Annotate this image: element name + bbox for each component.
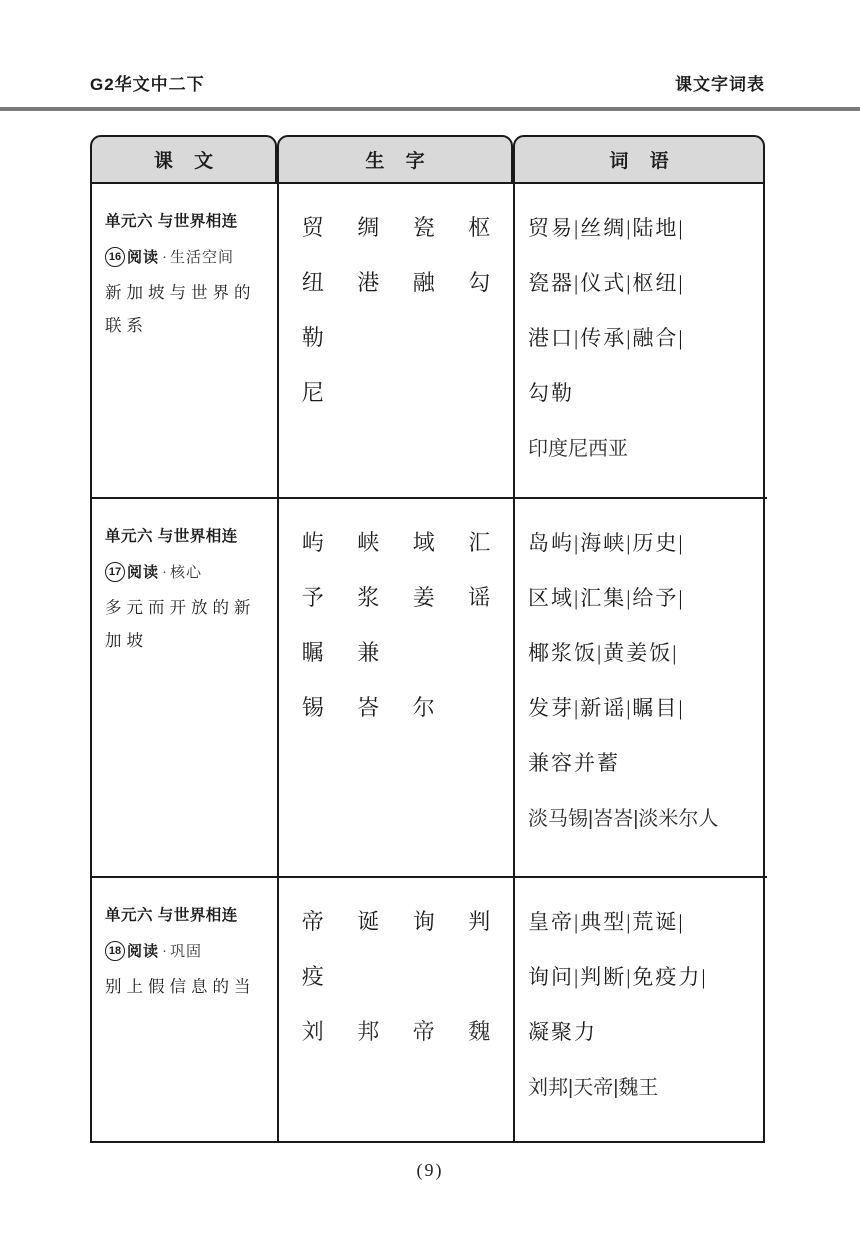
column-header-lesson: 课 文	[90, 135, 277, 184]
reading-topic: 巩固	[170, 940, 202, 961]
words-cell: 皇帝|典型|荒诞|询问|判断|免疫力|凝聚力刘邦|天帝|魏王	[515, 878, 767, 1141]
character-line: 纽港融勾	[285, 254, 507, 309]
new-character: 诞	[357, 905, 379, 936]
dot-separator: ·	[162, 563, 167, 580]
page-header-right: 课文字词表	[675, 70, 765, 95]
word-line: 瓷器|仪式|枢纽|	[528, 254, 763, 309]
word-line: 淡马锡|峇峇|淡米尔人	[528, 789, 763, 844]
word-line: 凝聚力	[528, 1003, 763, 1058]
table-header-row: 课 文 生 字 词 语	[90, 135, 765, 184]
reading-line: 18 阅读 · 巩固	[105, 940, 267, 961]
word-line: 印度尼西亚	[528, 419, 763, 474]
new-character: 帝	[302, 905, 324, 936]
page-header-left: G2华文中二下	[90, 70, 205, 95]
circled-number-icon: 17	[105, 562, 125, 582]
word-line: 岛屿|海峡|历史|	[528, 514, 763, 569]
new-character: 询	[413, 905, 435, 936]
column-header-characters: 生 字	[277, 135, 513, 184]
new-character: 峇	[357, 691, 379, 722]
words-cell: 贸易|丝绸|陆地|瓷器|仪式|枢纽|港口|传承|融合|勾勒印度尼西亚	[515, 184, 767, 499]
new-character: 判	[468, 905, 490, 936]
page-number: (9)	[0, 1160, 860, 1181]
new-character: 锡	[302, 691, 324, 722]
new-character: 尼	[302, 376, 324, 407]
vocabulary-table: 课 文 生 字 词 语 单元六 与世界相连 16 阅读 · 生活空间 新加坡与世…	[90, 135, 765, 1143]
column-header-words: 词 语	[513, 135, 765, 184]
character-line: 疫	[285, 948, 507, 1003]
reading-topic: 核心	[170, 561, 202, 582]
lesson-cell: 单元六 与世界相连 18 阅读 · 巩固 别上假信息的当	[92, 878, 279, 1141]
reading-line: 17 阅读 · 核心	[105, 561, 267, 582]
lesson-cell: 单元六 与世界相连 16 阅读 · 生活空间 新加坡与世界的联系	[92, 184, 279, 499]
new-character: 屿	[302, 526, 324, 557]
new-character: 尔	[413, 691, 435, 722]
word-line: 区域|汇集|给予|	[528, 569, 763, 624]
unit-title: 单元六 与世界相连	[105, 209, 267, 231]
unit-title: 单元六 与世界相连	[105, 903, 267, 925]
character-line: 瞩兼	[285, 624, 507, 679]
new-character: 兼	[357, 636, 379, 667]
lesson-cell: 单元六 与世界相连 17 阅读 · 核心 多元而开放的新加坡	[92, 499, 279, 878]
characters-cell: 屿峡域汇予浆姜谣瞩兼锡峇尔	[279, 499, 515, 878]
word-line: 发芽|新谣|瞩目|	[528, 679, 763, 734]
characters-cell: 贸绸瓷枢纽港融勾勒尼	[279, 184, 515, 499]
new-character: 勾	[468, 266, 490, 297]
new-character: 邦	[357, 1015, 379, 1046]
lesson-title: 多元而开放的新加坡	[105, 591, 267, 657]
new-character: 汇	[468, 526, 490, 557]
unit-title: 单元六 与世界相连	[105, 524, 267, 546]
circled-number-icon: 16	[105, 247, 125, 267]
new-character: 纽	[302, 266, 324, 297]
characters-cell: 帝诞询判疫刘邦帝魏	[279, 878, 515, 1141]
dot-separator: ·	[162, 248, 167, 265]
word-line: 勾勒	[528, 364, 763, 419]
new-character: 疫	[302, 960, 324, 991]
new-character: 谣	[468, 581, 490, 612]
character-line: 贸绸瓷枢	[285, 199, 507, 254]
reading-label: 阅读	[127, 940, 159, 961]
character-line: 尼	[285, 364, 507, 419]
character-line: 予浆姜谣	[285, 569, 507, 624]
character-line: 锡峇尔	[285, 679, 507, 734]
new-character: 绸	[357, 211, 379, 242]
word-line: 刘邦|天帝|魏王	[528, 1058, 763, 1113]
new-character: 峡	[357, 526, 379, 557]
lesson-title: 别上假信息的当	[105, 970, 267, 1003]
lesson-title: 新加坡与世界的联系	[105, 276, 267, 342]
reading-label: 阅读	[127, 561, 159, 582]
word-line: 椰浆饭|黄姜饭|	[528, 624, 763, 679]
reading-label: 阅读	[127, 246, 159, 267]
character-line: 刘邦帝魏	[285, 1003, 507, 1058]
word-line: 贸易|丝绸|陆地|	[528, 199, 763, 254]
new-character: 港	[357, 266, 379, 297]
word-line: 皇帝|典型|荒诞|	[528, 893, 763, 948]
new-character: 帝	[413, 1015, 435, 1046]
new-character: 域	[413, 526, 435, 557]
word-line: 兼容并蓄	[528, 734, 763, 789]
new-character: 勒	[302, 321, 324, 352]
circled-number-icon: 18	[105, 941, 125, 961]
new-character: 予	[302, 581, 324, 612]
new-character: 瞩	[302, 636, 324, 667]
character-line: 屿峡域汇	[285, 514, 507, 569]
new-character: 瓷	[413, 211, 435, 242]
new-character: 浆	[357, 581, 379, 612]
new-character: 贸	[302, 211, 324, 242]
character-line: 帝诞询判	[285, 893, 507, 948]
new-character: 刘	[302, 1015, 324, 1046]
words-cell: 岛屿|海峡|历史|区域|汇集|给予|椰浆饭|黄姜饭|发芽|新谣|瞩目|兼容并蓄淡…	[515, 499, 767, 878]
new-character: 枢	[468, 211, 490, 242]
word-line: 询问|判断|免疫力|	[528, 948, 763, 1003]
character-line: 勒	[285, 309, 507, 364]
document-page: G2华文中二下 课文字词表 课 文 生 字 词 语 单元六 与世界相连 16 阅…	[0, 0, 860, 1240]
reading-topic: 生活空间	[170, 246, 234, 267]
table-body: 单元六 与世界相连 16 阅读 · 生活空间 新加坡与世界的联系 贸绸瓷枢纽港融…	[90, 184, 765, 1143]
dot-separator: ·	[162, 942, 167, 959]
header-divider-rule	[0, 107, 860, 111]
reading-line: 16 阅读 · 生活空间	[105, 246, 267, 267]
new-character: 魏	[468, 1015, 490, 1046]
word-line: 港口|传承|融合|	[528, 309, 763, 364]
new-character: 融	[413, 266, 435, 297]
new-character: 姜	[413, 581, 435, 612]
